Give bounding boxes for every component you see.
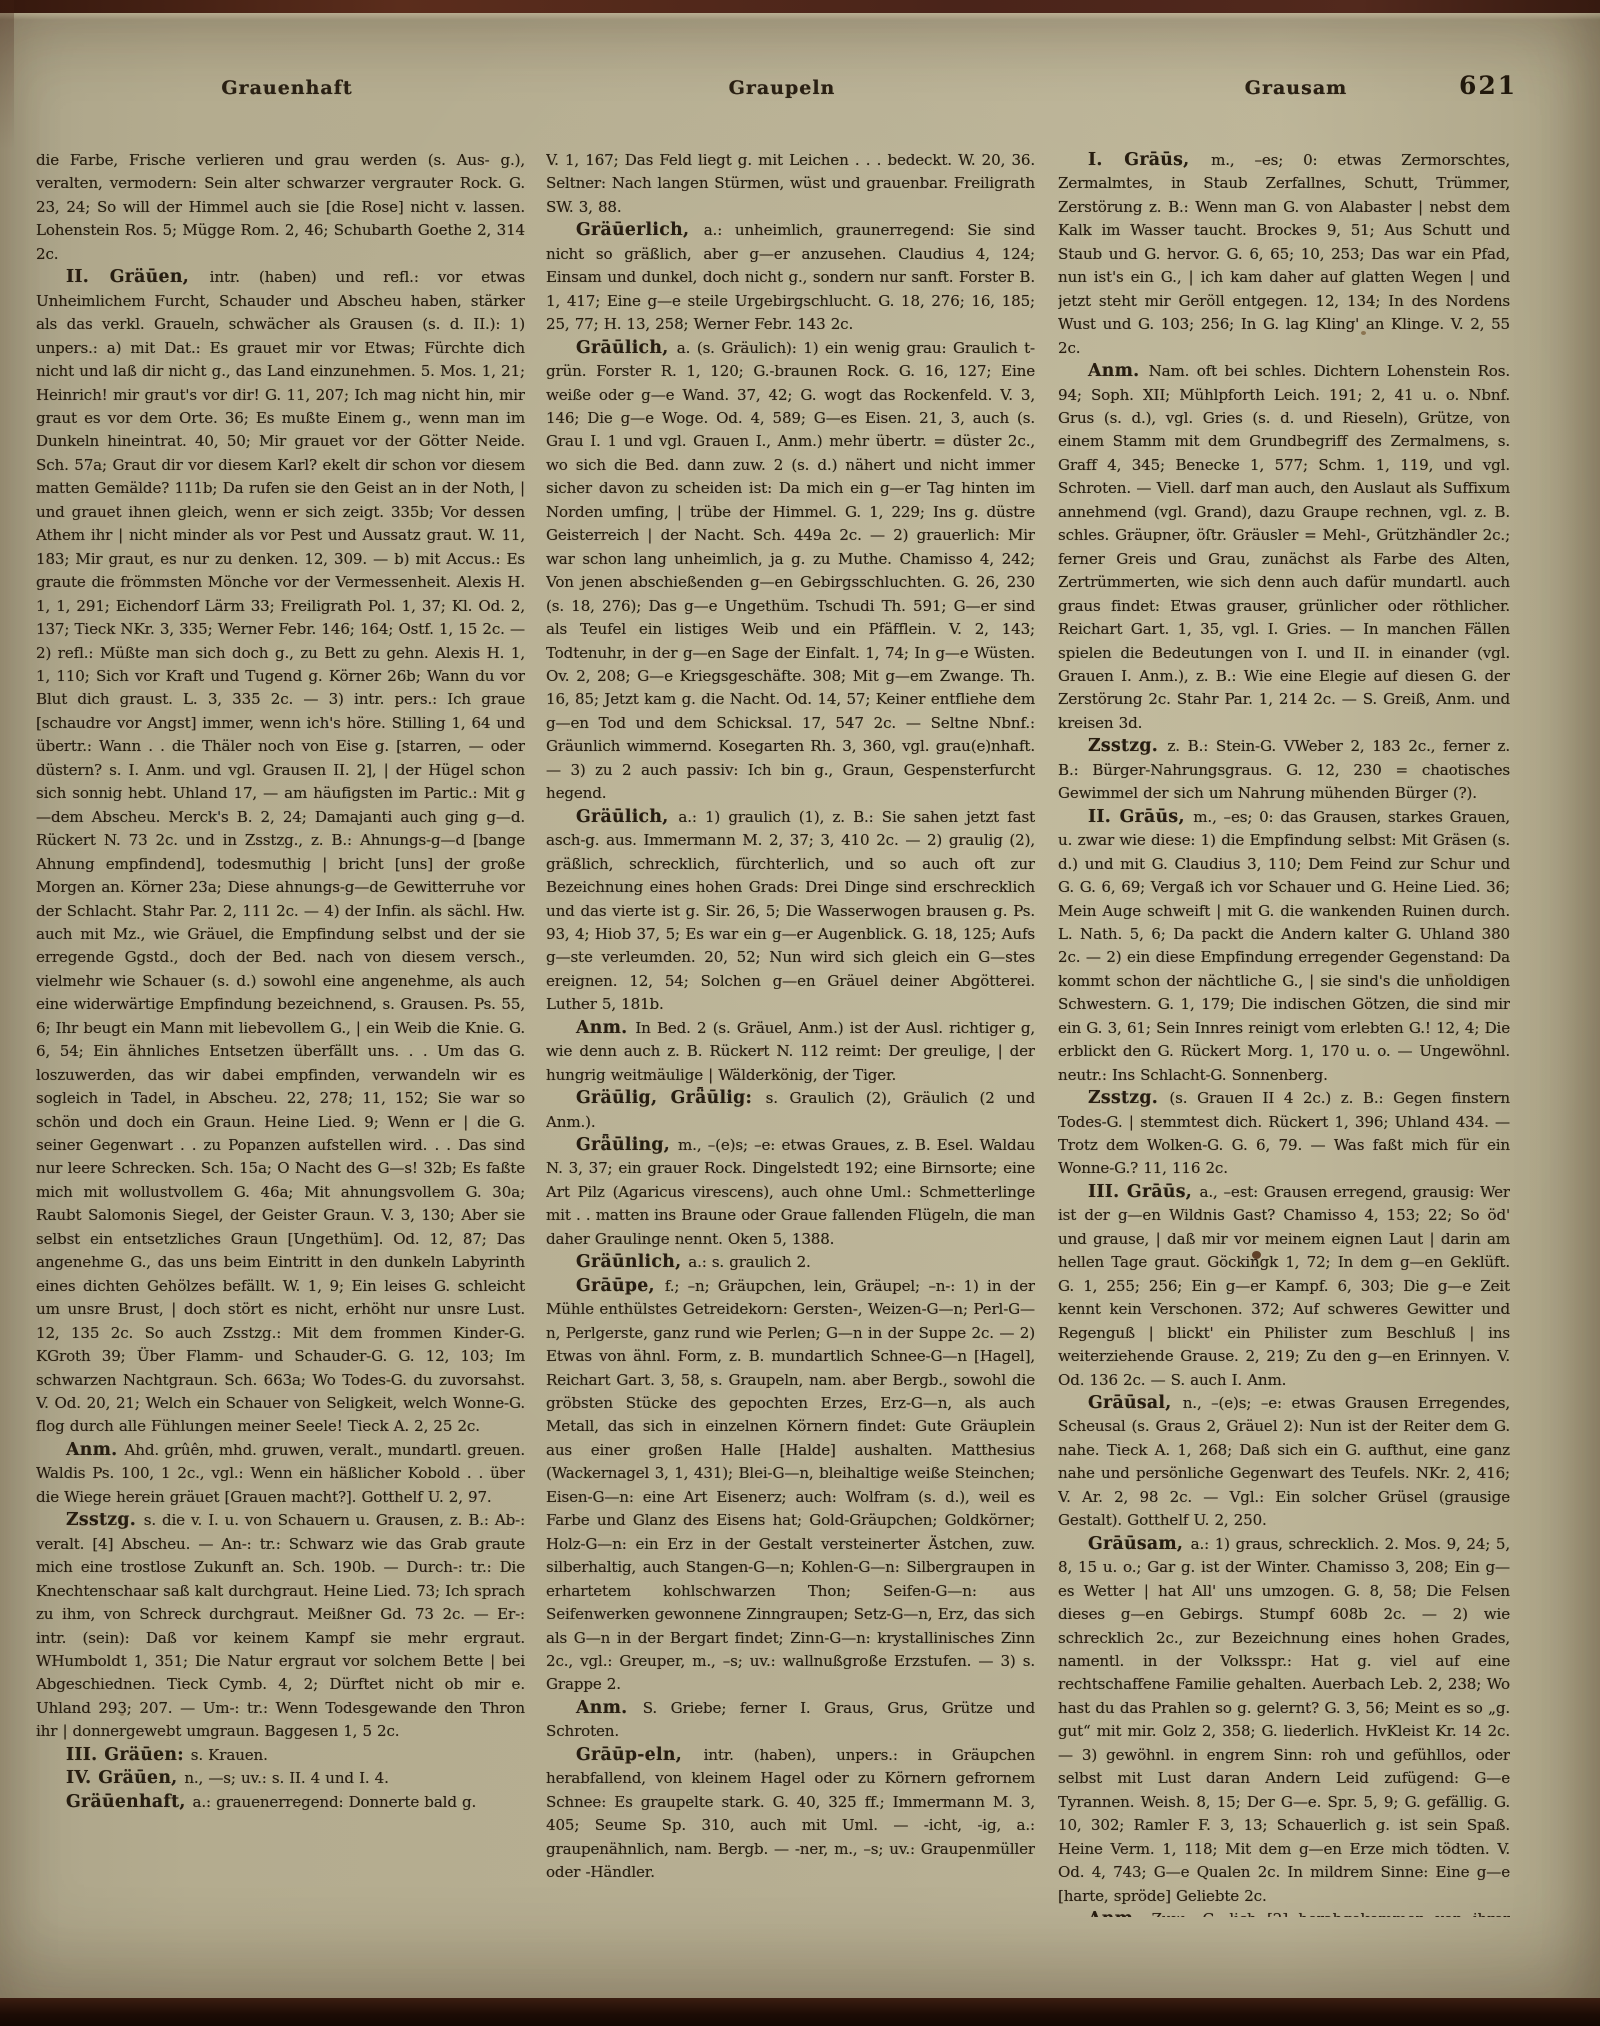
entry-headword: Zsstzg. <box>1088 1088 1169 1108</box>
entry-paragraph: V. 1, 167; Das Feld liegt g. mit Leichen… <box>546 149 1035 219</box>
entry-paragraph: III. Gräūen: s. Krauen. <box>36 1744 525 1767</box>
entry-paragraph: II. Grāūs, m., –es; 0: das Grausen, star… <box>1058 806 1510 1087</box>
entry-paragraph: Anm. Nam. oft bei schles. Dichtern Lohen… <box>1058 360 1510 735</box>
entry-headword: Grāūpe, <box>576 1276 665 1296</box>
entry-headword: Grāūsal, <box>1088 1393 1183 1413</box>
entry-paragraph: III. Grāūs, a., –est: Grausen erregend, … <box>1058 1181 1510 1392</box>
entry-paragraph: Zsstzg. z. B.: Stein-G. VWeber 2, 183 2c… <box>1058 735 1510 805</box>
entry-paragraph: Anm. S. Griebe; ferner I. Graus, Grus, G… <box>546 1697 1035 1744</box>
entry-paragraph: Anm. In Bed. 2 (s. Gräuel, Anm.) ist der… <box>546 1017 1035 1087</box>
entry-headword: IV. Gräūen, <box>66 1768 184 1788</box>
scanned-dictionary-page: { "page": { "header": { "left": "Grauenh… <box>0 0 1600 2026</box>
entry-headword: Gräūnlich, <box>576 1252 688 1272</box>
entry-headword: Gräūlich, <box>576 807 678 827</box>
entry-paragraph: Grǟūling, m., –(e)s; –e: etwas Graues, z… <box>546 1134 1035 1251</box>
entry-paragraph: Grāūp-eln, intr. (haben), unpers.: in Gr… <box>546 1744 1035 1885</box>
entry-paragraph: Gräūnlich, a.: s. graulich 2. <box>546 1251 1035 1274</box>
entry-headword: Zsstzg. <box>1088 736 1167 756</box>
text-column-right: I. Grāūs, m., –es; 0: etwas Zermorschtes… <box>1058 149 1510 1917</box>
entry-headword: Grāūsam, <box>1088 1534 1191 1554</box>
running-head-right: Grausam <box>1245 77 1347 99</box>
entry-headword: II. Grāūs, <box>1088 807 1193 827</box>
running-head-left: Grauenhaft <box>221 77 352 99</box>
entry-paragraph: Zsstzg. (s. Grauen II 4 2c.) z. B.: Gege… <box>1058 1087 1510 1181</box>
entry-paragraph: Grāūlich, a. (s. Gräulich): 1) ein wenig… <box>546 337 1035 806</box>
entry-headword: Anm. <box>576 1018 635 1038</box>
entry-paragraph: IV. Gräūen, n., —s; uv.: s. II. 4 und I.… <box>36 1767 525 1790</box>
entry-headword: Grǟūling, <box>576 1135 678 1155</box>
entry-headword: II. Gräūen, <box>66 267 210 287</box>
entry-headword: III. Grāūs, <box>1088 1182 1200 1202</box>
entry-headword: Grāūp-eln, <box>576 1745 704 1765</box>
entry-paragraph: Zsstzg. s. die v. I. u. von Schauern u. … <box>36 1509 525 1744</box>
text-column-center: V. 1, 167; Das Feld liegt g. mit Leichen… <box>546 149 1035 1917</box>
scan-edge-corner <box>0 0 14 150</box>
paper-page: Grauenhaft Graupeln Grausam 621 die Farb… <box>0 13 1600 1998</box>
entry-headword: III. Gräūen: <box>66 1745 191 1765</box>
entry-headword: Gräūenhaft, <box>66 1792 193 1812</box>
page-number: 621 <box>1459 71 1517 100</box>
entry-paragraph: Anm. Ahd. grûên, mhd. gruwen, veralt., m… <box>36 1439 525 1509</box>
entry-paragraph: Gräūlich, a.: 1) graulich (1), z. B.: Si… <box>546 806 1035 1017</box>
entry-paragraph: Gräūenhaft, a.: grauenerregend: Donnerte… <box>36 1791 525 1814</box>
entry-paragraph: Anm. Zuw.: G—lich [2] herabgekommen von … <box>1058 1908 1510 1917</box>
entry-paragraph: Grāūsal, n., –(e)s; –e: etwas Grausen Er… <box>1058 1392 1510 1533</box>
entry-headword: Anm. <box>1088 1909 1152 1917</box>
entry-headword: Gräūlig, Grǟūlig: <box>576 1088 766 1108</box>
entry-headword: Anm. <box>576 1698 643 1718</box>
entry-headword: I. Grāūs, <box>1088 150 1211 170</box>
entry-paragraph: Grāūsam, a.: 1) graus, schrecklich. 2. M… <box>1058 1533 1510 1908</box>
text-column-left: die Farbe, Frische verlieren und grau we… <box>36 149 525 1917</box>
scan-edge-top <box>0 0 1600 13</box>
running-head-center: Graupeln <box>729 77 836 99</box>
entry-paragraph: Gräūlig, Grǟūlig: s. Graulich (2), Gräul… <box>546 1087 1035 1134</box>
entry-paragraph: Gräūerlich, a.: unheimlich, graunerregen… <box>546 219 1035 336</box>
entry-paragraph: I. Grāūs, m., –es; 0: etwas Zermorschtes… <box>1058 149 1510 360</box>
entry-paragraph: die Farbe, Frische verlieren und grau we… <box>36 149 525 266</box>
entry-headword: Anm. <box>66 1440 125 1460</box>
entry-headword: Anm. <box>1088 361 1149 381</box>
entry-headword: Grāūlich, <box>576 338 677 358</box>
entry-headword: Zsstzg. <box>66 1510 144 1530</box>
scan-edge-bottom <box>0 1998 1600 2026</box>
entry-headword: Gräūerlich, <box>576 220 704 240</box>
entry-paragraph: II. Gräūen, intr. (haben) und refl.: vor… <box>36 266 525 1439</box>
entry-paragraph: Grāūpe, f.; –n; Gräupchen, lein, Gräupel… <box>546 1275 1035 1697</box>
